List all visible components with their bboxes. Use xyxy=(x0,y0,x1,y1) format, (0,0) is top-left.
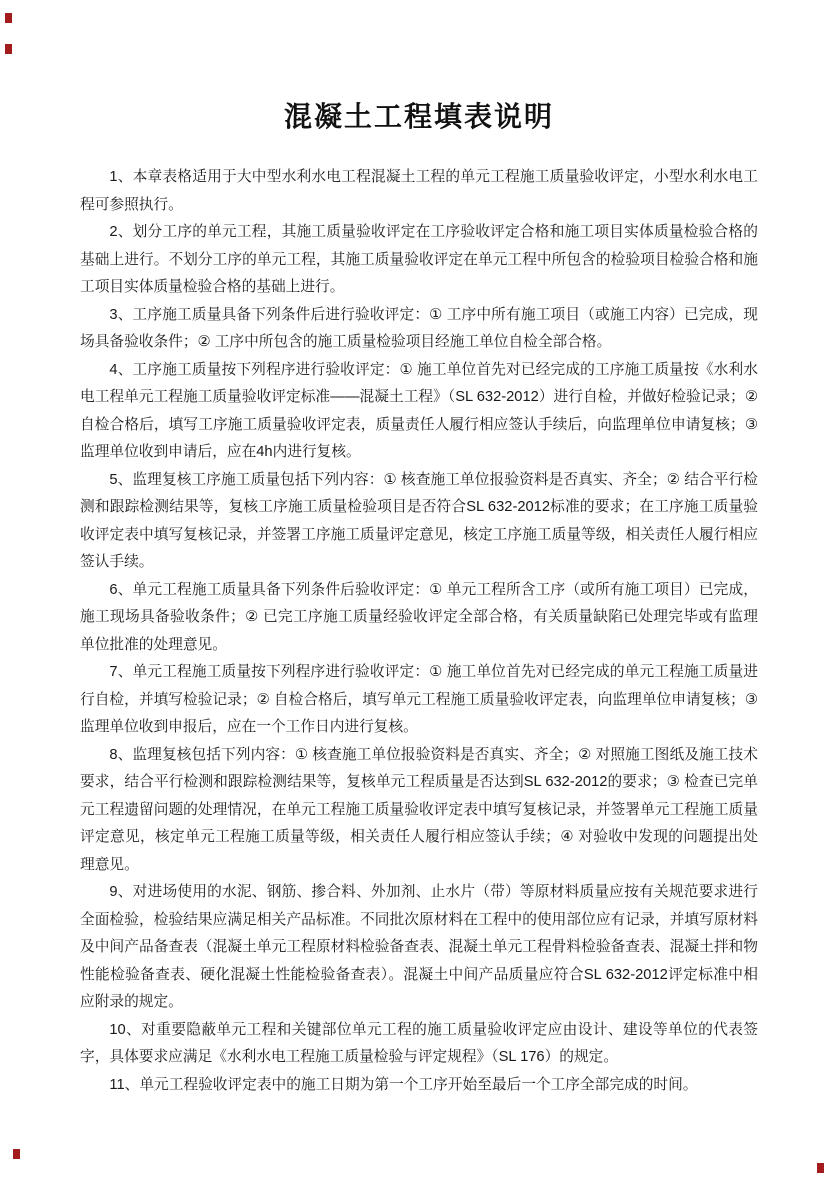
red-corner-mark xyxy=(5,13,12,23)
red-corner-mark xyxy=(817,1163,824,1173)
paragraph: 1、本章表格适用于大中型水利水电工程混凝土工程的单元工程施工质量验收评定，小型水… xyxy=(80,164,758,219)
red-corner-mark xyxy=(13,1149,20,1159)
paragraph: 8、监理复核包括下列内容：① 核查施工单位报验资料是否真实、齐全；② 对照施工图… xyxy=(80,742,758,880)
paragraph: 10、对重要隐蔽单元工程和关键部位单元工程的施工质量验收评定应由设计、建设等单位… xyxy=(80,1017,758,1072)
paragraph: 3、工序施工质量具备下列条件后进行验收评定：① 工序中所有施工项目（或施工内容）… xyxy=(80,302,758,357)
paragraph: 9、对进场使用的水泥、钢筋、掺合料、外加剂、止水片（带）等原材料质量应按有关规范… xyxy=(80,879,758,1017)
paragraph: 7、单元工程施工质量按下列程序进行验收评定：① 施工单位首先对已经完成的单元工程… xyxy=(80,659,758,742)
paragraph: 11、单元工程验收评定表中的施工日期为第一个工序开始至最后一个工序全部完成的时间… xyxy=(80,1072,758,1100)
document-body: 1、本章表格适用于大中型水利水电工程混凝土工程的单元工程施工质量验收评定，小型水… xyxy=(80,164,758,1099)
page-title: 混凝土工程填表说明 xyxy=(0,0,838,134)
paragraph: 6、单元工程施工质量具备下列条件后验收评定：① 单元工程所含工序（或所有施工项目… xyxy=(80,577,758,660)
red-corner-mark xyxy=(5,44,12,54)
paragraph: 4、工序施工质量按下列程序进行验收评定：① 施工单位首先对已经完成的工序施工质量… xyxy=(80,357,758,467)
document-page: 混凝土工程填表说明 1、本章表格适用于大中型水利水电工程混凝土工程的单元工程施工… xyxy=(0,0,838,1186)
paragraph: 2、划分工序的单元工程，其施工质量验收评定在工序验收评定合格和施工项目实体质量检… xyxy=(80,219,758,302)
paragraph: 5、监理复核工序施工质量包括下列内容：① 核查施工单位报验资料是否真实、齐全；②… xyxy=(80,467,758,577)
